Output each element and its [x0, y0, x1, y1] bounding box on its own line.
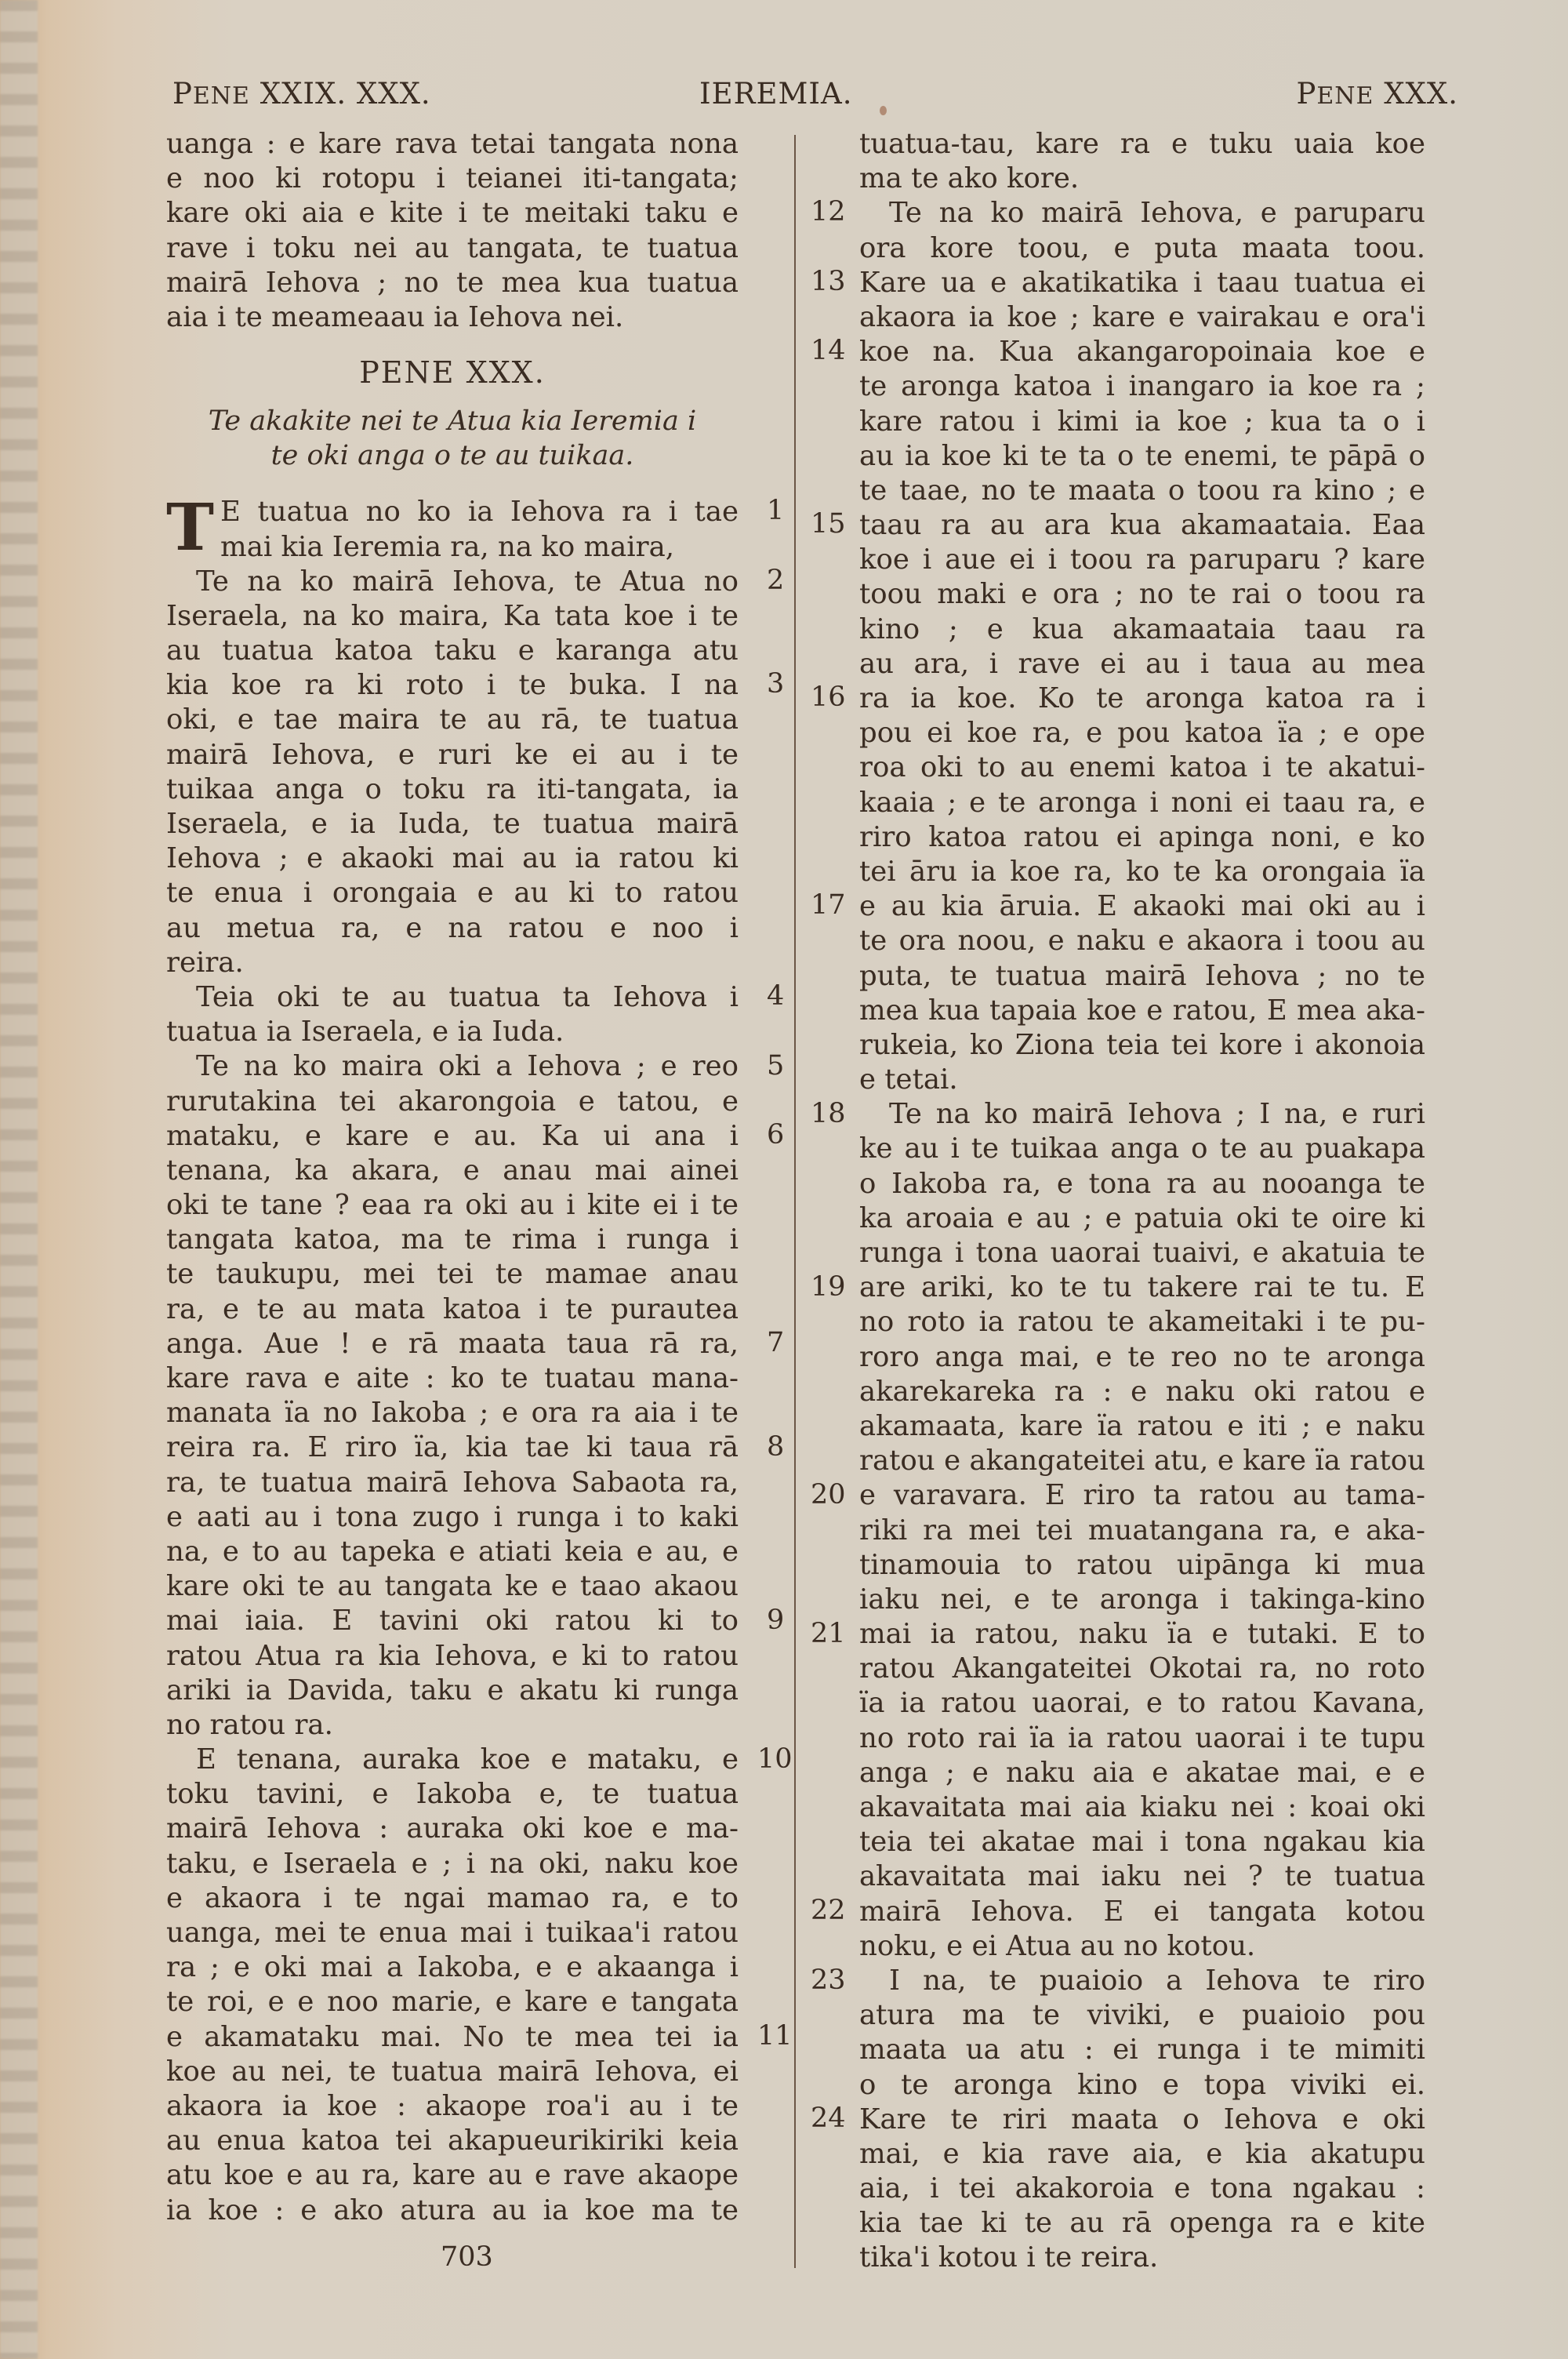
text-line: Te na ko maira oki a Iehova ; e reo [166, 1049, 739, 1084]
text-line: E tuatua no ko ia Iehova ra i tae [166, 495, 739, 529]
text-line: e akaora i te ngai mamao ra, e to [166, 1881, 739, 1916]
text-line: au metua ra, e na ratou e noo i [166, 911, 739, 946]
text-line: noku, e ei Atua au no kotou. [859, 1929, 1425, 1964]
text-line: pou ei koe ra, e pou katoa ïa ; e ope [859, 716, 1425, 751]
text-line: reira ra. E riro ïa, kia tae ki taua rā [166, 1430, 739, 1465]
text-line: oki, e tae maira te au rā, te tuatua [166, 703, 739, 737]
text-line: uanga : e kare rava tetai tangata nona [166, 127, 739, 162]
text-line: atura ma te viviki, e puaioio pou [859, 1998, 1425, 2033]
verse-number: 2 [767, 565, 784, 596]
text-line: na, e to au tapeka e atiati keia e au, e [166, 1535, 739, 1569]
text-line: au tuatua katoa taku e karanga atu [166, 634, 739, 668]
text-line: ke au i te tuikaa anga o te au puakapa [859, 1132, 1425, 1166]
text-line: kare oki aia e kite i te meitaki taku e [166, 196, 739, 231]
chapter-body: TE tuatua no ko ia Iehova ra i taemai ki… [166, 495, 739, 2227]
text-line: ma te ako kore. [859, 162, 1425, 196]
text-line: koe i aue ei i toou ra paruparu ? kare [859, 543, 1425, 577]
text-line: te taukupu, mei tei te mamae anau [166, 1257, 739, 1292]
text-line: toou maki e ora ; no te rai o toou ra [859, 577, 1425, 612]
text-line: mea kua tapaia koe e ratou, E mea aka- [859, 994, 1425, 1028]
text-line: tangata katoa, ma te rima i runga i [166, 1223, 739, 1257]
text-line: kare ratou i kimi ia koe ; kua ta o i [859, 405, 1425, 439]
chapter-summary: Te akakite nei te Atua kia Ieremia i te … [166, 404, 739, 473]
text-line: o te aronga kino e topa viviki ei. [859, 2068, 1425, 2103]
text-line: te aronga katoa i inangaro ia koe ra ; [859, 369, 1425, 404]
text-line: reira. [166, 946, 739, 980]
text-line: toku tavini, e Iakoba e, te tuatua [166, 1777, 739, 1812]
text-line: kaaia ; e te aronga i noni ei taau ra, e [859, 786, 1425, 820]
summary-line-2: te oki anga o te au tuikaa. [166, 438, 739, 473]
text-line: anga ; e naku aia e akatae mai, e e [859, 1756, 1425, 1790]
spacer [166, 473, 739, 495]
text-line: atu koe e au ra, kare au e rave akaope [166, 2158, 739, 2193]
verse-number: 7 [767, 1327, 784, 1358]
verse-number: 17 [811, 889, 846, 921]
text-line: teia tei akatae mai i tona ngakau kia [859, 1825, 1425, 1859]
text-line: e varavara. E riro ta ratou au tama- [859, 1478, 1425, 1513]
verse-number: 20 [811, 1479, 846, 1510]
text-line: Teia oki te au tuatua ta Iehova i [166, 980, 739, 1015]
text-line: akaora ia koe ; kare e vairakau e ora'i [859, 300, 1425, 335]
text-line: akarekareka ra : e naku oki ratou e [859, 1375, 1425, 1409]
text-line: e akamataku mai. No te mea tei ia [166, 2020, 739, 2055]
text-line: mai iaia. E tavini oki ratou ki to [166, 1604, 739, 1638]
text-line: taku, e Iseraela e ; i na oki, naku koe [166, 1847, 739, 1881]
text-line: ra ; e oki mai a Iakoba, e e akaanga i [166, 1950, 739, 1985]
verse-number: 16 [811, 682, 846, 713]
text-line: riro katoa ratou ei apinga noni, e ko [859, 820, 1425, 855]
text-line: au ia koe ki te ta o te enemi, te pāpā o [859, 439, 1425, 474]
text-line: e tetai. [859, 1063, 1425, 1097]
text-line: Iseraela, na ko maira, Ka tata koe i te [166, 599, 739, 634]
verse-number: 21 [811, 1618, 846, 1649]
text-line: akaora ia koe : akaope roa'i au i te [166, 2089, 739, 2124]
text-line: mataku, e kare e au. Ka ui ana i [166, 1119, 739, 1154]
text-line: tuatua-tau, kare ra e tuku uaia koe [859, 127, 1425, 162]
text-line: ia koe : e ako atura au ia koe ma te [166, 2194, 739, 2228]
text-line: aia, i tei akakoroia e tona ngakau : [859, 2172, 1425, 2206]
text-line: ra, e te au mata katoa i te purautea [166, 1292, 739, 1327]
verse-number: 14 [811, 335, 846, 366]
text-line: tenana, ka akara, e anau mai ainei [166, 1154, 739, 1188]
text-line: ariki ia Davida, taku e akatu ki runga [166, 1674, 739, 1708]
verse-number: 4 [767, 980, 784, 1012]
text-line: te enua i orongaia e au ki to ratou [166, 876, 739, 911]
text-line: akamaata, kare ïa ratou e iti ; e naku [859, 1409, 1425, 1444]
text-line: tuatua ia Iseraela, e ia Iuda. [166, 1015, 739, 1049]
rh-left-prefix: P [172, 77, 193, 111]
rh-left-smallcaps: ENE [193, 82, 250, 110]
text-line: manata ïa no Iakoba ; e ora ra aia i te [166, 1396, 739, 1430]
text-line: ïa ia ratou uaorai, e to ratou Kavana, [859, 1686, 1425, 1721]
text-line: ra, te tuatua mairā Iehova Sabaota ra, [166, 1466, 739, 1500]
verse-number: 13 [811, 266, 846, 297]
text-line: mairā Iehova. E ei tangata kotou [859, 1895, 1425, 1929]
text-line: anga. Aue ! e rā maata taua rā ra, [166, 1327, 739, 1361]
text-line: koe na. Kua akangaropoinaia koe e [859, 335, 1425, 369]
text-line: ratou Atua ra kia Iehova, e ki to ratou [166, 1639, 739, 1674]
running-head-left: PENE XXIX. XXX. [172, 77, 431, 111]
rh-right-numerals: XXX. [1384, 77, 1458, 111]
text-line: mai ia ratou, naku ïa e tutaki. E to [859, 1617, 1425, 1652]
text-line: kare rava e aite : ko te tuatau mana- [166, 1361, 739, 1396]
text-line: rurutakina tei akarongoia e tatou, e [166, 1085, 739, 1119]
text-line: ratou e akangateitei atu, e kare ïa rato… [859, 1444, 1425, 1478]
text-line: au ara, i rave ei au i taua au mea [859, 647, 1425, 682]
text-line: au enua katoa tei akapueurikiriki keia [166, 2124, 739, 2158]
running-head: PENE XXIX. XXX. IEREMIA. PENE XXX. [172, 77, 1427, 116]
text-line: no roto ia ratou te akameitaki i te pu- [859, 1305, 1425, 1339]
text-line: mai, e kia rave aia, e kia akatupu [859, 2137, 1425, 2172]
rh-right-smallcaps: ENE [1316, 82, 1374, 110]
text-line: mairā Iehova ; no te mea kua tuatua [166, 266, 739, 300]
page-number: 703 [441, 2241, 493, 2273]
verse-number: 12 [811, 196, 846, 227]
text-line: riki ra mei tei muatangana ra, e aka- [859, 1514, 1425, 1548]
text-line: rukeia, ko Ziona teia tei kore i akonoia [859, 1028, 1425, 1063]
verse-number: 19 [811, 1271, 846, 1303]
continuation-text: uanga : e kare rava tetai tangata nonae … [166, 127, 739, 335]
drop-cap: T [166, 498, 214, 558]
text-line: E tenana, auraka koe e mataku, e [166, 1743, 739, 1777]
text-line: Te na ko mairā Iehova ; I na, e ruri [859, 1097, 1425, 1132]
verse-number: 18 [811, 1098, 846, 1129]
text-line: ra ia koe. Ko te aronga katoa ra i [859, 682, 1425, 716]
text-line: koe au nei, te tuatua mairā Iehova, ei [166, 2055, 739, 2089]
verse-number: 1 [767, 495, 784, 526]
running-head-right: PENE XXX. [1296, 77, 1458, 111]
text-line: kia tae ki te au rā openga ra e kite [859, 2206, 1425, 2241]
text-line: ka aroaia e au ; e patuia oki te oire ki [859, 1201, 1425, 1236]
text-line: ratou Akangateitei Okotai ra, no roto [859, 1652, 1425, 1686]
text-line: o Iakoba ra, e tona ra au nooanga te [859, 1167, 1425, 1201]
text-line: tuikaa anga o toku ra iti-tangata, ia [166, 772, 739, 807]
text-line: tika'i kotou i te reira. [859, 2241, 1425, 2275]
text-line: akavaitata mai aia kiaku nei : koai oki [859, 1790, 1425, 1825]
summary-line-1: Te akakite nei te Atua kia Ieremia i [166, 404, 739, 438]
text-line: Kare te riri maata o Iehova e oki [859, 2103, 1425, 2137]
text-line: e aati au i tona zugo i runga i to kaki [166, 1500, 739, 1535]
column-divider [794, 135, 796, 2268]
text-line: te roi, e e noo marie, e kare e tangata [166, 1985, 739, 2019]
text-line: kare oki te au tangata ke e taao akaou [166, 1569, 739, 1604]
chapter-heading: PENE XXX. [166, 355, 739, 390]
text-line: uanga, mei te enua mai i tuikaa'i ratou [166, 1916, 739, 1950]
verse-number: 23 [811, 1965, 846, 1996]
text-line: runga i tona uaorai tuaivi, e akatuia te [859, 1236, 1425, 1270]
text-line: Te na ko mairā Iehova, te Atua no [166, 565, 739, 599]
text-line: kino ; e kua akamaataia taau ra [859, 612, 1425, 647]
text-line: iaku nei, e te aronga i takinga-kino [859, 1583, 1425, 1617]
text-line: maata ua atu : ei runga i te mimiti [859, 2033, 1425, 2067]
verse-number: 3 [767, 668, 784, 700]
previous-page-edge [0, 0, 38, 2359]
text-line: mai kia Ieremia ra, na ko maira, [166, 530, 739, 565]
verse-number: 6 [767, 1119, 784, 1150]
text-line: mairā Iehova, e ruri ke ei au i te [166, 738, 739, 772]
ink-spot [880, 106, 887, 115]
text-line: I na, te puaioio a Iehova te riro [859, 1964, 1425, 1998]
text-line: e noo ki rotopu i teianei iti-tangata; [166, 162, 739, 196]
rh-right-prefix: P [1296, 77, 1316, 111]
text-line: te taae, no te maata o toou ra kino ; e [859, 474, 1425, 508]
text-line: mairā Iehova : auraka oki koe e ma- [166, 1812, 739, 1846]
left-column: uanga : e kare rava tetai tangata nonae … [166, 127, 739, 2228]
verse-number: 8 [767, 1431, 784, 1463]
book-page: PENE XXIX. XXX. IEREMIA. PENE XXX. uanga… [0, 0, 1568, 2359]
text-line: no roto rai ïa ia ratou uaorai i te tupu [859, 1721, 1425, 1756]
text-line: ora kore toou, e puta maata toou. [859, 231, 1425, 266]
verse-number: 11 [757, 2020, 793, 2052]
text-line: roro anga mai, e te reo no te aronga [859, 1340, 1425, 1375]
text-line: are ariki, ko te tu takere rai te tu. E [859, 1270, 1425, 1305]
text-line: oki te tane ? eaa ra oki au i kite ei i … [166, 1188, 739, 1223]
verse-number: 15 [811, 508, 846, 540]
text-line: tinamouia to ratou uipānga ki mua [859, 1548, 1425, 1583]
text-line: tei āru ia koe ra, ko te ka orongaia ïa [859, 855, 1425, 889]
text-line: Iehova ; e akaoki mai au ia ratou ki [166, 841, 739, 876]
running-head-title: IEREMIA. [699, 77, 852, 111]
verse-number: 9 [767, 1605, 784, 1636]
verse-number: 10 [757, 1743, 793, 1775]
text-line: akavaitata mai iaku nei ? te tuatua [859, 1859, 1425, 1894]
text-line: Kare ua e akatikatika i taau tuatua ei [859, 266, 1425, 300]
text-line: rave i toku nei au tangata, te tuatua [166, 231, 739, 266]
text-line: kia koe ra ki roto i te buka. I na [166, 668, 739, 703]
text-line: e au kia āruia. E akaoki mai oki au i [859, 889, 1425, 924]
text-line: puta, te tuatua mairā Iehova ; no te [859, 959, 1425, 994]
text-line: Iseraela, e ia Iuda, te tuatua mairā [166, 807, 739, 841]
text-line: no ratou ra. [166, 1708, 739, 1743]
rh-left-numerals: XXIX. XXX. [260, 77, 431, 111]
text-line: aia i te meameaau ia Iehova nei. [166, 300, 739, 335]
chapter-body-continued: tuatua-tau, kare ra e tuku uaia koema te… [859, 127, 1425, 2276]
text-line: roa oki to au enemi katoa i te akatui- [859, 751, 1425, 785]
text-line: Te na ko mairā Iehova, e paruparu [859, 196, 1425, 231]
verse-number: 22 [811, 1895, 846, 1926]
right-column: tuatua-tau, kare ra e tuku uaia koema te… [859, 127, 1425, 2276]
verse-number: 5 [767, 1050, 784, 1081]
text-line: te ora noou, e naku e akaora i toou au [859, 924, 1425, 958]
verse-number: 24 [811, 2103, 846, 2134]
text-line: taau ra au ara kua akamaataia. Eaa [859, 508, 1425, 543]
